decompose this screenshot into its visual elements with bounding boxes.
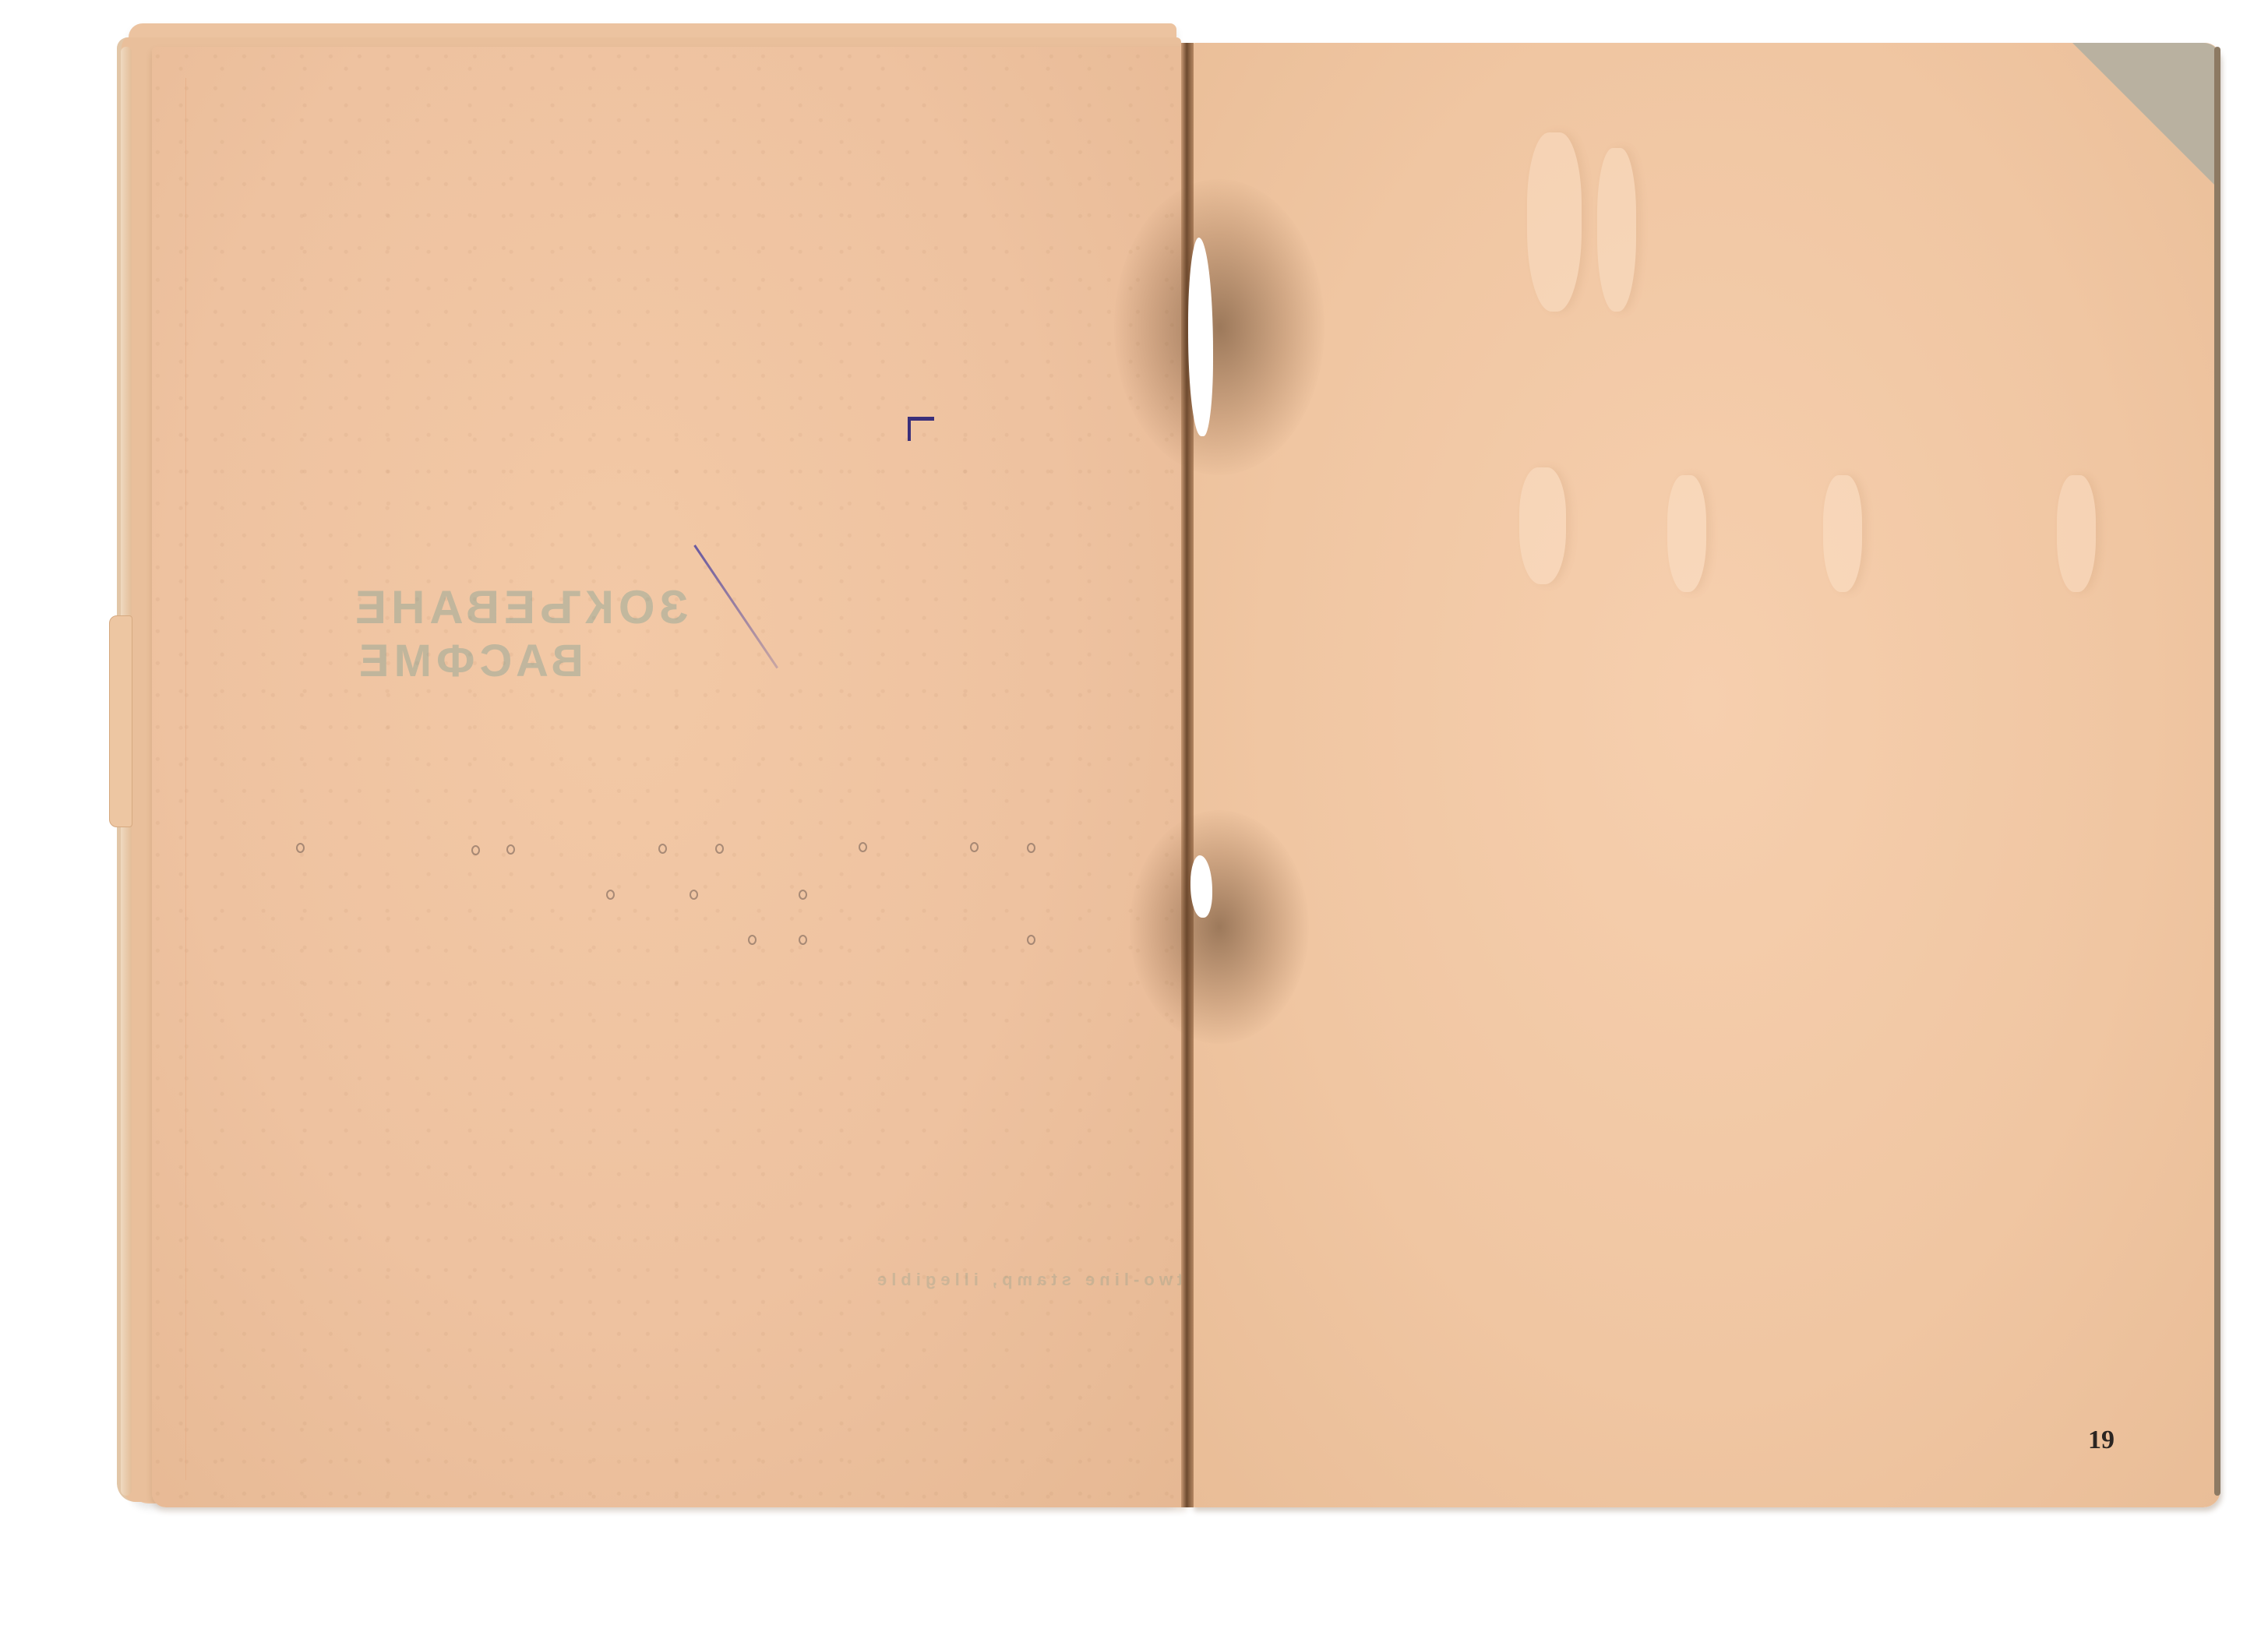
emboss-impression (1527, 132, 1582, 312)
emboss-impression (1597, 148, 1636, 312)
pin-hole (1027, 935, 1035, 945)
stamp-bleed-line-1: ЗОКЪЕВАНЕ (351, 580, 688, 634)
emboss-impression (2057, 475, 2096, 592)
left-binding-tab (109, 615, 132, 827)
right-page (1192, 43, 2220, 1507)
pin-hole (471, 845, 480, 855)
left-page-crease (185, 78, 186, 1480)
pin-hole (859, 842, 867, 852)
stamp-bleed-line-2: ВАСФМЕ (354, 635, 584, 687)
pin-hole (799, 935, 807, 945)
emboss-impression (1667, 475, 1706, 592)
emboss-impression (1823, 475, 1862, 592)
burn-mark-lower (1130, 810, 1309, 1044)
pin-hole (296, 843, 305, 853)
page-number: 19 (2088, 1426, 2115, 1455)
pin-hole (970, 842, 979, 852)
pin-hole (715, 844, 724, 854)
blue-ink-tick-mark (908, 417, 934, 441)
pin-hole (690, 890, 698, 900)
pin-hole (506, 844, 515, 855)
pin-hole (748, 935, 757, 945)
cover-board-edge (2214, 47, 2220, 1496)
pin-hole (799, 890, 807, 900)
pin-hole (606, 890, 615, 900)
pin-hole (1027, 843, 1035, 853)
scanned-booklet-spread: ЗОКЪЕВАНЕ ВАСФМЕ faint two-line stamp, i… (0, 0, 2268, 1632)
emboss-impression (1519, 467, 1566, 584)
pin-hole (658, 844, 667, 854)
burn-mark-upper (1114, 179, 1324, 475)
